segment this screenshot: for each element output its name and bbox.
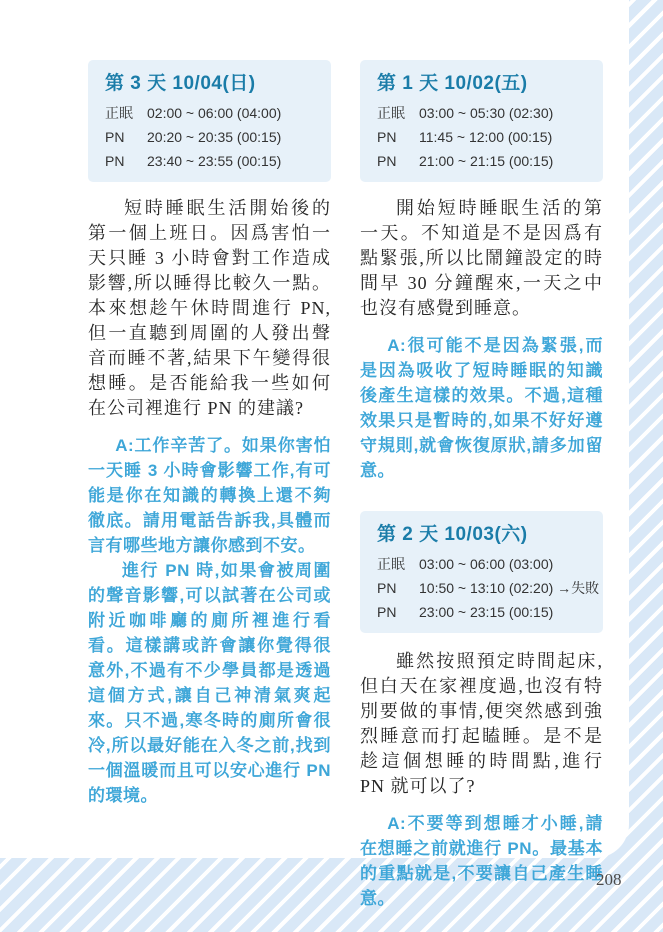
schedule-row-label: PN [377,125,419,149]
schedule-title-day2: 第 2 天 10/03(六) [377,523,595,547]
schedule-row: 正眠 03:00 ~ 05:30 (02:30) [377,101,595,125]
answer-paragraph-day1: A:很可能不是因為緊張,而是因為吸收了短時睡眠的知識後產生這樣的效果。不過,這種… [360,333,603,483]
schedule-row-time: 02:00 ~ 06:00 (04:00) [147,101,323,125]
schedule-row-time: 11:45 ~ 12:00 (00:15) [419,125,595,149]
column-right-day1-day2: 第 1 天 10/02(五) 正眠 03:00 ~ 05:30 (02:30) … [360,60,603,911]
answer-paragraph-day3-1: A:工作辛苦了。如果你害怕一天睡 3 小時會影響工作,有可能是你在知識的轉換上還… [88,433,331,558]
page-number: 208 [596,870,622,890]
schedule-row-time: 10:50 ~ 13:10 (02:20) →失敗 [419,576,599,600]
schedule-box-day3: 第 3 天 10/04(日) 正眠 02:00 ~ 06:00 (04:00) … [88,60,331,182]
schedule-row-label: PN [105,125,147,149]
column-left-day3: 第 3 天 10/04(日) 正眠 02:00 ~ 06:00 (04:00) … [88,60,331,808]
schedule-row: 正眠 02:00 ~ 06:00 (04:00) [105,101,323,125]
schedule-row-label: 正眠 [105,101,147,125]
schedule-row-time: 20:20 ~ 20:35 (00:15) [147,125,323,149]
schedule-row-label: PN [105,149,147,173]
question-paragraph-day1: 開始短時睡眠生活的第一天。不知道是不是因爲有點緊張,所以比鬧鐘設定的時間早 30… [360,196,603,321]
schedule-row-time: 03:00 ~ 06:00 (03:00) [419,552,595,576]
schedule-row-time: 23:40 ~ 23:55 (00:15) [147,149,323,173]
answer-paragraph-day2: A:不要等到想睡才小睡,請在想睡之前就進行 PN。最基本的重點就是,不要讓自己產… [360,811,603,911]
schedule-row-label: 正眠 [377,552,419,576]
schedule-title-day1: 第 1 天 10/02(五) [377,72,595,96]
schedule-box-day2: 第 2 天 10/03(六) 正眠 03:00 ~ 06:00 (03:00) … [360,511,603,633]
schedule-row: PN 23:40 ~ 23:55 (00:15) [105,149,323,173]
schedule-row-label: PN [377,600,419,624]
schedule-row-time: 03:00 ~ 05:30 (02:30) [419,101,595,125]
schedule-row: PN 10:50 ~ 13:10 (02:20) →失敗 [377,576,595,600]
schedule-box-day1: 第 1 天 10/02(五) 正眠 03:00 ~ 05:30 (02:30) … [360,60,603,182]
answer-paragraph-day3-2: 進行 PN 時,如果會被周圍的聲音影響,可以試著在公司或附近咖啡廳的廁所裡進行看… [88,558,331,808]
schedule-row-label: 正眠 [377,101,419,125]
schedule-title-day3: 第 3 天 10/04(日) [105,72,323,96]
question-paragraph-day3: 短時睡眠生活開始後的第一個上班日。因爲害怕一天只睡 3 小時會對工作造成影響,所… [88,196,331,421]
schedule-row-time: 21:00 ~ 21:15 (00:15) [419,149,595,173]
schedule-row: PN 23:00 ~ 23:15 (00:15) [377,600,595,624]
schedule-row-label: PN [377,149,419,173]
book-page-scan: { "page_number": "208", "colors": { "str… [0,0,663,932]
schedule-row: PN 11:45 ~ 12:00 (00:15) [377,125,595,149]
schedule-row: PN 21:00 ~ 21:15 (00:15) [377,149,595,173]
schedule-row-time: 23:00 ~ 23:15 (00:15) [419,600,595,624]
schedule-row-label: PN [377,576,419,600]
page-white-area: 第 3 天 10/04(日) 正眠 02:00 ~ 06:00 (04:00) … [0,0,629,858]
schedule-row: PN 20:20 ~ 20:35 (00:15) [105,125,323,149]
schedule-row: 正眠 03:00 ~ 06:00 (03:00) [377,552,595,576]
question-paragraph-day2: 雖然按照預定時間起床,但白天在家裡度過,也沒有特別要做的事情,便突然感到強烈睡意… [360,649,603,799]
